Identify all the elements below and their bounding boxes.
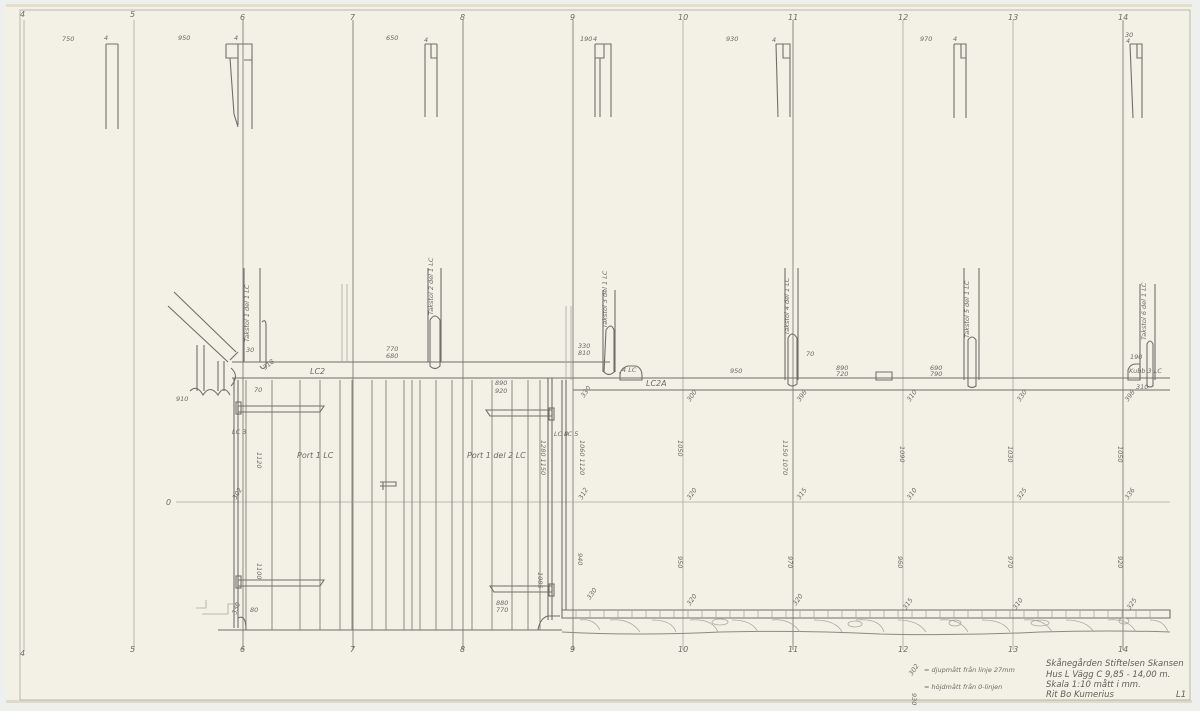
svg-text:910: 910 <box>176 395 188 403</box>
svg-text:14: 14 <box>1118 13 1128 22</box>
svg-text:Kubb 3 LC: Kubb 3 LC <box>1129 367 1162 375</box>
svg-text:4: 4 <box>424 36 428 44</box>
svg-text:9: 9 <box>570 13 575 22</box>
svg-text:1150 1070: 1150 1070 <box>781 440 789 475</box>
svg-text:1090: 1090 <box>898 446 906 463</box>
svg-text:8: 8 <box>460 645 465 654</box>
sheet-id: L1 <box>1176 690 1186 700</box>
svg-text:11: 11 <box>788 13 798 22</box>
svg-text:8: 8 <box>460 13 465 22</box>
svg-text:950: 950 <box>730 367 742 375</box>
svg-text:4 LC: 4 LC <box>622 366 637 374</box>
svg-text:190: 190 <box>1130 353 1142 361</box>
svg-text:LC2A: LC2A <box>646 379 667 388</box>
svg-text:930: 930 <box>910 693 918 705</box>
svg-text:13: 13 <box>1008 645 1018 654</box>
svg-text:1100: 1100 <box>255 563 263 580</box>
svg-text:4: 4 <box>20 10 25 19</box>
svg-text:1120: 1120 <box>255 452 263 469</box>
svg-text:80: 80 <box>250 606 258 614</box>
svg-text:5: 5 <box>130 10 135 19</box>
svg-text:1085: 1085 <box>536 572 544 589</box>
svg-text:940: 940 <box>576 553 584 565</box>
svg-text:930: 930 <box>726 35 738 43</box>
title-line-2: Hus L Vägg C 9,85 - 14,00 m. <box>1046 670 1170 680</box>
svg-text:4: 4 <box>953 35 957 43</box>
title-line-4: Rit Bo Kumerius <box>1046 690 1115 700</box>
svg-text:190: 190 <box>580 35 592 43</box>
svg-text:70: 70 <box>254 386 262 394</box>
svg-text:Takstol 5 del 1 LC: Takstol 5 del 1 LC <box>963 280 971 338</box>
svg-text:810: 810 <box>578 349 590 357</box>
svg-text:1060 1120: 1060 1120 <box>578 440 586 475</box>
svg-text:960: 960 <box>896 556 904 568</box>
svg-text:6: 6 <box>240 13 245 22</box>
svg-text:13: 13 <box>1008 13 1018 22</box>
svg-text:970: 970 <box>1006 556 1014 568</box>
zero-line-label: 0 <box>166 498 171 507</box>
svg-text:LC2: LC2 <box>310 367 325 376</box>
svg-text:4: 4 <box>20 649 25 658</box>
svg-text:9: 9 <box>570 645 575 654</box>
svg-text:310: 310 <box>1136 383 1148 391</box>
svg-text:12: 12 <box>898 13 908 22</box>
svg-text:950: 950 <box>676 556 684 568</box>
svg-text:890: 890 <box>495 379 507 387</box>
svg-text:Takstol 1 del 1 LC: Takstol 1 del 1 LC <box>243 284 251 342</box>
svg-text:LC 3: LC 3 <box>232 428 246 436</box>
svg-text:920: 920 <box>495 387 507 395</box>
svg-text:920: 920 <box>1116 556 1124 568</box>
svg-text:750: 750 <box>62 35 74 43</box>
svg-text:11: 11 <box>788 645 798 654</box>
svg-text:950: 950 <box>178 34 190 42</box>
svg-text:Takstol 3 del 1 LC: Takstol 3 del 1 LC <box>601 270 609 328</box>
title-line-3: Skala 1:10 mått i mm. <box>1046 679 1141 690</box>
svg-text:1030: 1030 <box>1006 446 1014 463</box>
svg-text:790: 790 <box>930 370 942 378</box>
svg-text:Port 1 del 2 LC: Port 1 del 2 LC <box>467 451 526 460</box>
svg-text:4: 4 <box>234 34 238 42</box>
svg-text:720: 720 <box>836 370 848 378</box>
svg-text:970: 970 <box>786 556 794 568</box>
paper <box>6 4 1192 703</box>
svg-text:= höjdmått från 0-linjen: = höjdmått från 0-linjen <box>924 682 1002 691</box>
svg-text:Takstol 4 del 1 LC: Takstol 4 del 1 LC <box>783 277 791 335</box>
svg-text:4: 4 <box>1126 37 1130 45</box>
svg-text:680: 680 <box>386 352 398 360</box>
svg-text:Takstol 2 del 1 LC: Takstol 2 del 1 LC <box>427 257 435 315</box>
svg-text:LC 5: LC 5 <box>564 430 578 438</box>
title-line-1: Skånegården Stiftelsen Skansen <box>1046 658 1184 669</box>
svg-text:1050: 1050 <box>676 440 684 457</box>
svg-text:10: 10 <box>678 13 688 22</box>
svg-text:4: 4 <box>772 36 776 44</box>
svg-text:770: 770 <box>496 606 508 614</box>
svg-text:30: 30 <box>246 346 254 354</box>
svg-text:Takstol 6 del 1 LC: Takstol 6 del 1 LC <box>1140 282 1148 340</box>
svg-text:5: 5 <box>130 645 135 654</box>
svg-text:10: 10 <box>678 645 688 654</box>
svg-text:1280 1150: 1280 1150 <box>539 440 547 475</box>
svg-text:70: 70 <box>806 350 814 358</box>
svg-text:14: 14 <box>1118 645 1128 654</box>
svg-text:12: 12 <box>898 645 908 654</box>
svg-text:Port 1 LC: Port 1 LC <box>297 451 334 460</box>
svg-text:4: 4 <box>104 34 108 42</box>
svg-text:4: 4 <box>593 35 597 43</box>
svg-text:6: 6 <box>240 645 245 654</box>
drawing-sheet: 4 5 6 7 8 9 10 11 12 13 14 4 5 6 7 8 9 1… <box>0 0 1200 711</box>
svg-text:650: 650 <box>386 34 398 42</box>
svg-text:= djupmått från linje 27mm: = djupmått från linje 27mm <box>924 665 1015 674</box>
svg-text:1050: 1050 <box>1116 446 1124 463</box>
svg-text:970: 970 <box>920 35 932 43</box>
elevation-drawing: 4 5 6 7 8 9 10 11 12 13 14 4 5 6 7 8 9 1… <box>0 0 1200 711</box>
